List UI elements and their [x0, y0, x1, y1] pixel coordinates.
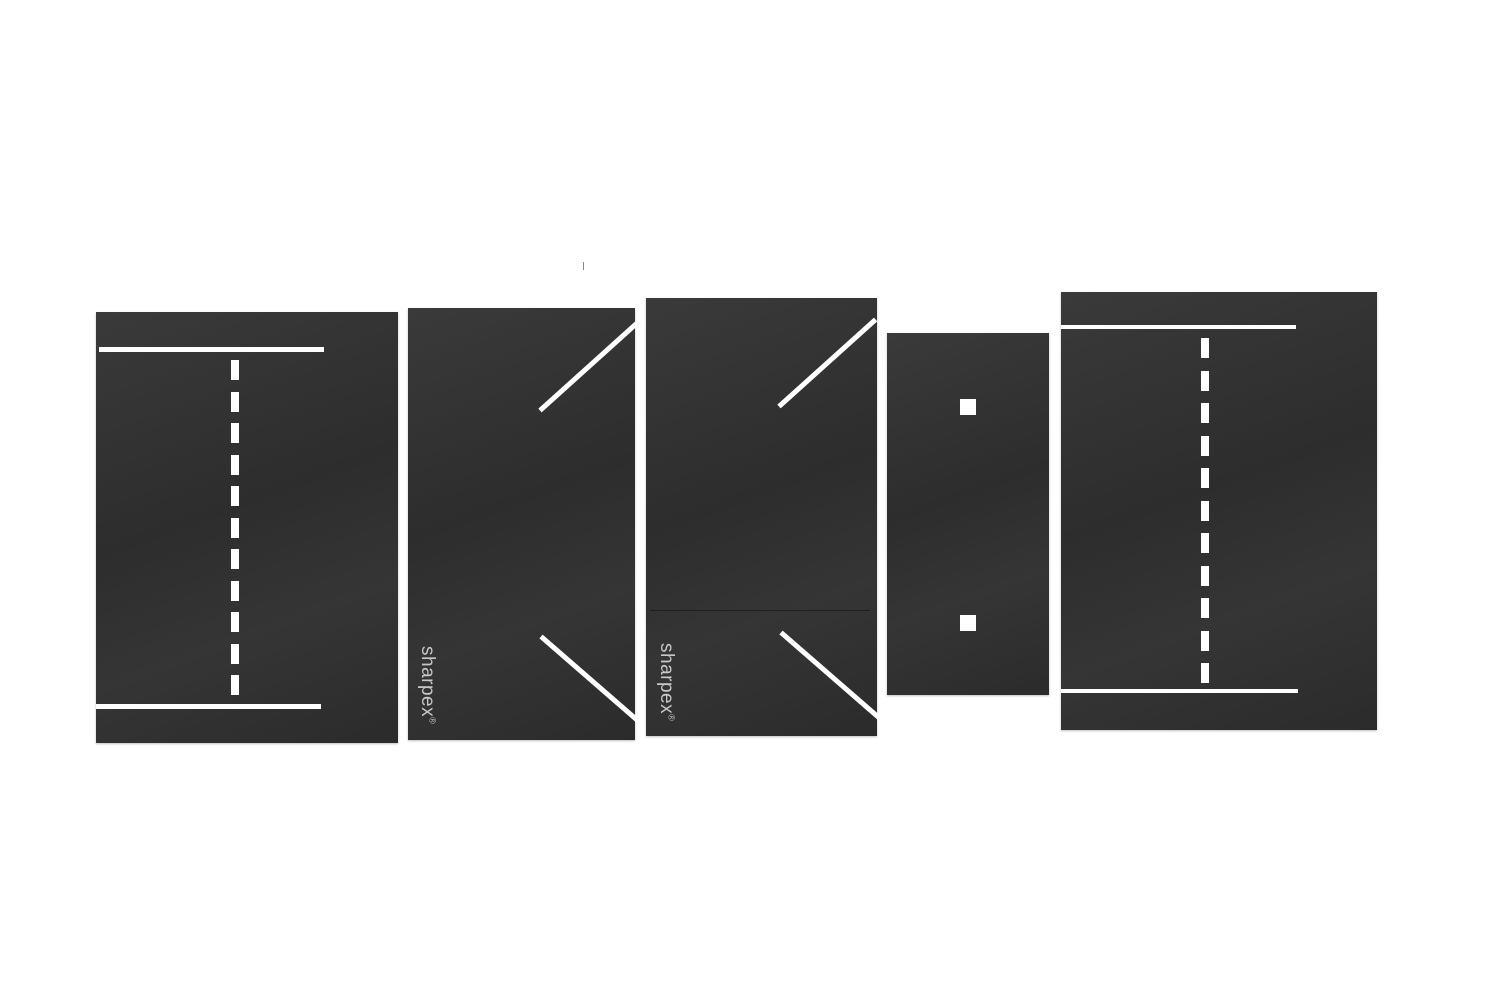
plate-4: [887, 333, 1049, 695]
brand-label: sharpex®: [416, 646, 438, 724]
brand-label: sharpex®: [655, 643, 677, 721]
upper-square-hole: [960, 399, 976, 415]
dash-segment: [1201, 371, 1209, 391]
dash-segment: [231, 549, 239, 569]
plate-5: [1061, 292, 1377, 730]
dash-segment: [231, 360, 239, 380]
upper-diagonal-slot: [777, 318, 877, 409]
dash-segment: [1201, 598, 1209, 618]
dash-segment: [231, 455, 239, 475]
lower-diagonal-slot: [539, 635, 642, 725]
bottom-slot: [96, 704, 321, 709]
dash-segment: [1201, 436, 1209, 456]
dash-segment: [231, 581, 239, 601]
dash-segment: [231, 518, 239, 538]
plate-2: sharpex®: [408, 308, 635, 740]
dash-segment: [1201, 338, 1209, 358]
dash-segment: [1201, 663, 1209, 683]
lower-diagonal-slot: [779, 631, 882, 721]
top-slot: [1061, 325, 1296, 329]
plate-3: sharpex®: [646, 298, 877, 736]
dash-segment: [1201, 403, 1209, 423]
dash-segment: [231, 612, 239, 632]
dash-segment: [231, 486, 239, 506]
dash-segment: [1201, 631, 1209, 651]
mark: [583, 262, 584, 270]
plate-1: [96, 312, 398, 743]
dash-segment: [1201, 501, 1209, 521]
top-slot: [99, 347, 324, 352]
dash-segment: [1201, 468, 1209, 488]
crease-line: [650, 610, 870, 611]
bottom-slot: [1061, 689, 1298, 693]
dash-segment: [1201, 566, 1209, 586]
lower-square-hole: [960, 615, 976, 631]
dash-segment: [231, 423, 239, 443]
dash-segment: [231, 675, 239, 695]
upper-diagonal-slot: [538, 322, 638, 413]
dash-segment: [231, 392, 239, 412]
dash-segment: [1201, 533, 1209, 553]
dash-segment: [231, 644, 239, 664]
